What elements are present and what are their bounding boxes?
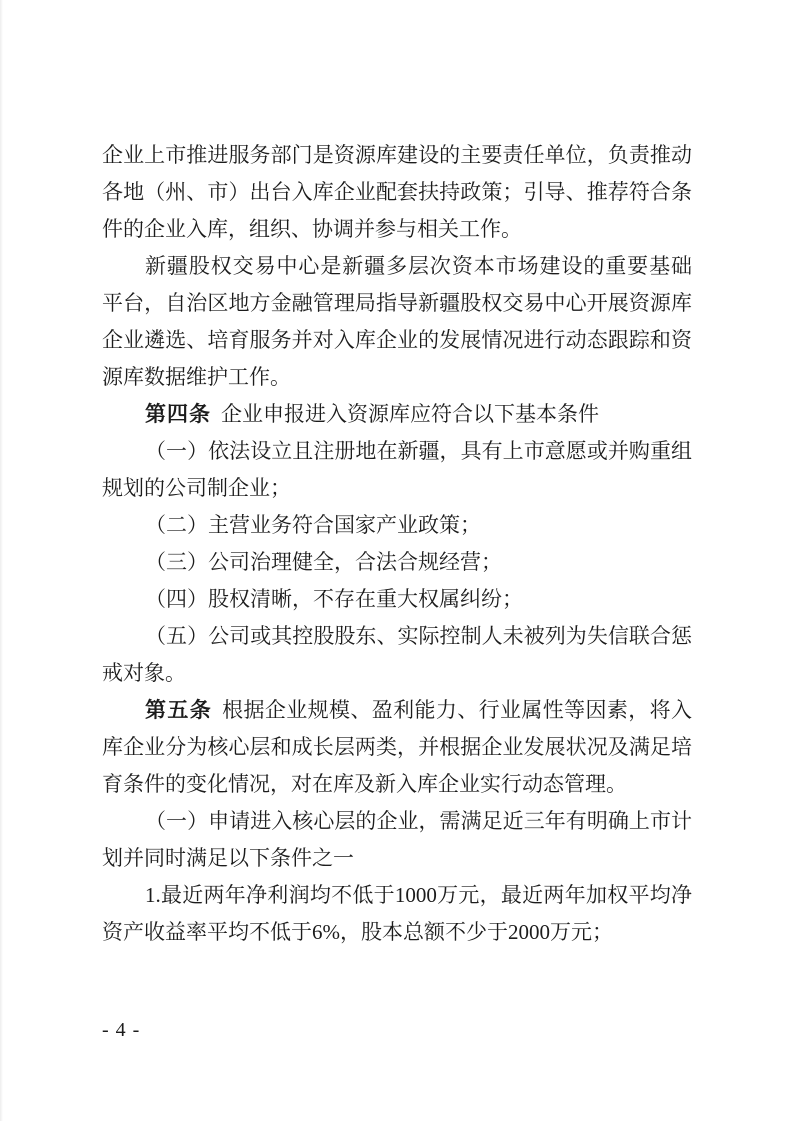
line-text: 平台，自治区地方金融管理局指导新疆股权交易中心开展资源库: [102, 291, 692, 315]
text-line: 资产收益率平均不低于6%，股本总额不少于2000万元；: [102, 914, 692, 951]
line-text: 源库数据维护工作。: [102, 365, 291, 389]
text-line: 企业上市推进服务部门是资源库建设的主要责任单位，负责推动: [102, 137, 692, 174]
line-text: 各地（州、市）出台入库企业配套扶持政策；引导、推荐符合条: [102, 180, 692, 204]
text-line: 戒对象。: [102, 655, 692, 692]
text-line: 平台，自治区地方金融管理局指导新疆股权交易中心开展资源库: [102, 285, 692, 322]
line-text: （四）股权清晰，不存在重大权属纠纷；: [145, 587, 523, 611]
line-text: （五）公司或其控股股东、实际控制人未被列为失信联合惩: [145, 624, 692, 648]
text-line: （二）主营业务符合国家产业政策；: [102, 507, 692, 544]
line-text: 根据企业规模、盈利能力、行业属性等因素，将入: [222, 698, 692, 722]
line-text: 戒对象。: [102, 661, 186, 685]
text-line: （三）公司治理健全，合法合规经营；: [102, 544, 692, 581]
line-text: （一）依法设立且注册地在新疆，具有上市意愿或并购重组: [145, 439, 692, 463]
scan-edge-shadow: [0, 0, 3, 1121]
line-text: 企业申报进入资源库应符合以下基本条件: [221, 402, 599, 426]
text-line: 件的企业入库，组织、协调并参与相关工作。: [102, 211, 692, 248]
text-line: 规划的公司制企业；: [102, 470, 692, 507]
text-line: 企业遴选、培育服务并对入库企业的发展情况进行动态跟踪和资: [102, 322, 692, 359]
text-line: 源库数据维护工作。: [102, 359, 692, 396]
line-text: 1.最近两年净利润均不低于1000万元，最近两年加权平均净: [145, 883, 692, 907]
text-line: （五）公司或其控股股东、实际控制人未被列为失信联合惩: [102, 618, 692, 655]
line-text: 资产收益率平均不低于6%，股本总额不少于2000万元；: [102, 920, 613, 944]
text-line: 1.最近两年净利润均不低于1000万元，最近两年加权平均净: [102, 877, 692, 914]
text-line: （一）申请进入核心层的企业，需满足近三年有明确上市计: [102, 803, 692, 840]
line-text: 新疆股权交易中心是新疆多层次资本市场建设的重要基础: [145, 254, 692, 278]
line-text: 件的企业入库，组织、协调并参与相关工作。: [102, 217, 522, 241]
article-number: 第四条: [145, 403, 211, 426]
line-text: （一）申请进入核心层的企业，需满足近三年有明确上市计: [145, 809, 692, 833]
line-text: 规划的公司制企业；: [102, 476, 291, 500]
line-text: （二）主营业务符合国家产业政策；: [145, 513, 481, 537]
line-text: 库企业分为核心层和成长层两类，并根据企业发展状况及满足培: [102, 735, 692, 759]
text-line: 第四条企业申报进入资源库应符合以下基本条件: [102, 396, 692, 433]
text-line: 各地（州、市）出台入库企业配套扶持政策；引导、推荐符合条: [102, 174, 692, 211]
text-line: 第五条根据企业规模、盈利能力、行业属性等因素，将入: [102, 692, 692, 729]
line-text: （三）公司治理健全，合法合规经营；: [145, 550, 502, 574]
text-line: 库企业分为核心层和成长层两类，并根据企业发展状况及满足培: [102, 729, 692, 766]
text-line: 划并同时满足以下条件之一: [102, 840, 692, 877]
line-text: 企业上市推进服务部门是资源库建设的主要责任单位，负责推动: [102, 143, 692, 167]
line-text: 企业遴选、培育服务并对入库企业的发展情况进行动态跟踪和资: [102, 328, 692, 352]
scanned-document-page: 企业上市推进服务部门是资源库建设的主要责任单位，负责推动各地（州、市）出台入库企…: [0, 0, 793, 1121]
text-line: （四）股权清晰，不存在重大权属纠纷；: [102, 581, 692, 618]
text-line: （一）依法设立且注册地在新疆，具有上市意愿或并购重组: [102, 433, 692, 470]
text-line: 新疆股权交易中心是新疆多层次资本市场建设的重要基础: [102, 248, 692, 285]
line-text: 育条件的变化情况，对在库及新入库企业实行动态管理。: [102, 772, 627, 796]
text-line: 育条件的变化情况，对在库及新入库企业实行动态管理。: [102, 766, 692, 803]
document-body: 企业上市推进服务部门是资源库建设的主要责任单位，负责推动各地（州、市）出台入库企…: [102, 137, 692, 951]
line-text: 划并同时满足以下条件之一: [102, 846, 354, 870]
article-number: 第五条: [145, 699, 212, 722]
page-number: - 4 -: [102, 1019, 140, 1042]
